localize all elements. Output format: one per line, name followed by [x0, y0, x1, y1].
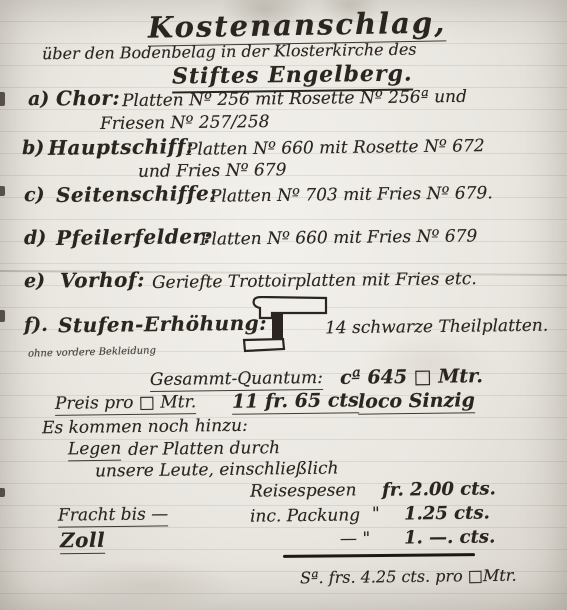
price-value: 11 fr. 65 cts — [232, 389, 359, 415]
sum-rule — [283, 553, 475, 558]
item-f-label: f). — [24, 314, 48, 336]
item-c-label: c) — [24, 184, 45, 206]
cost-row-label: Fracht bis — — [58, 504, 168, 527]
item-b-text: Platten Nº 660 mit Rosette Nº 672 — [186, 136, 485, 160]
price-location: loco Sinzig — [358, 389, 475, 414]
item-f-name: Stufen-Erhöhung: — [58, 311, 267, 338]
document-subtitle: über den Bodenbelag in der Klosterkirche… — [42, 40, 417, 64]
price-label: Preis pro □ Mtr. — [55, 392, 196, 416]
ditto-mark: — " — [340, 529, 370, 549]
ditto-mark: " — [372, 504, 380, 524]
cost-row-amount: 1. —. cts. — [404, 526, 496, 548]
scan-edge-mark — [0, 488, 5, 497]
cost-row-desc: inc. Packung — [250, 505, 360, 526]
scanned-document-page: Kostenanschlag, über den Bodenbelag in d… — [0, 0, 567, 610]
scan-edge-mark — [0, 186, 5, 196]
item-c-name: Seitenschiffe: — [56, 181, 217, 207]
item-b-text2: und Fries Nº 679 — [138, 160, 287, 182]
sum-total: Sª. frs. 4.25 cts. pro □Mtr. — [300, 566, 517, 588]
cost-row-amount: fr. 2.00 cts. — [382, 478, 496, 500]
cost-row-label: Zoll — [60, 528, 105, 555]
additions-line2: unsere Leute, einschließlich — [95, 459, 339, 482]
item-d-label: d) — [24, 227, 47, 249]
item-c-text: Platten Nº 703 mit Fries Nº 679. — [210, 183, 493, 206]
item-a-text: Platten Nº 256 mit Rosette Nº 256ª und — [122, 87, 467, 111]
item-a-label: a) — [28, 88, 50, 110]
scan-edge-mark — [0, 310, 5, 322]
quantum-label: Gesammt-Quantum: — [150, 368, 323, 392]
additions-intro: Es kommen noch hinzu: — [42, 416, 248, 439]
item-f-note: ohne vordere Bekleidung — [28, 345, 156, 359]
item-f-text: 14 schwarze Theilplatten. — [325, 316, 548, 339]
item-e-text: Geriefte Trottoirplatten mit Fries etc. — [152, 269, 477, 293]
scan-edge-mark — [0, 92, 5, 106]
item-a-name: Chor: — [56, 86, 121, 111]
item-b-name: Hauptschiff: — [48, 134, 194, 160]
additions-line1-underlined: Legen — [68, 439, 122, 462]
step-profile-sketch — [238, 296, 330, 358]
item-e-name: Vorhof: — [60, 267, 145, 292]
item-a-text2: Friesen Nº 257/258 — [100, 112, 270, 134]
item-e-label: e) — [24, 270, 45, 292]
item-b-label: b) — [22, 137, 45, 159]
cost-row-amount: 1.25 cts. — [404, 502, 490, 524]
additions-line1-rest: der Platten durch — [128, 438, 280, 460]
item-d-text: Platten Nº 660 mit Fries Nº 679 — [200, 226, 478, 249]
scan-smudge — [60, 560, 240, 610]
quantum-value: cª 645 □ Mtr. — [340, 365, 483, 389]
cost-row-desc: Reisespesen — [250, 480, 357, 501]
item-d-name: Pfeilerfelder: — [56, 224, 212, 250]
